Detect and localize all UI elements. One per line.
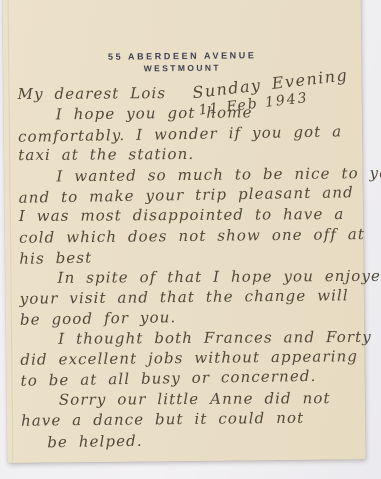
letter-line: In spite of that I hope you enjoyed — [19, 265, 359, 287]
letter-body: My dearest Lois I hope you got home comf… — [18, 81, 362, 452]
letter-line: Sorry our little Anne did not — [21, 388, 361, 410]
letter-line: taxi at the station. — [18, 143, 358, 165]
scanned-letter: 55 ABERDEEN AVENUE WESTMOUNT Sunday Even… — [0, 0, 381, 479]
letter-line: I thought both Frances and Forty — [20, 327, 360, 349]
salutation: My dearest Lois — [18, 82, 358, 104]
letter-paper: 55 ABERDEEN AVENUE WESTMOUNT Sunday Even… — [3, 0, 366, 463]
letter-line: I was most disappointed to have a — [19, 204, 359, 226]
